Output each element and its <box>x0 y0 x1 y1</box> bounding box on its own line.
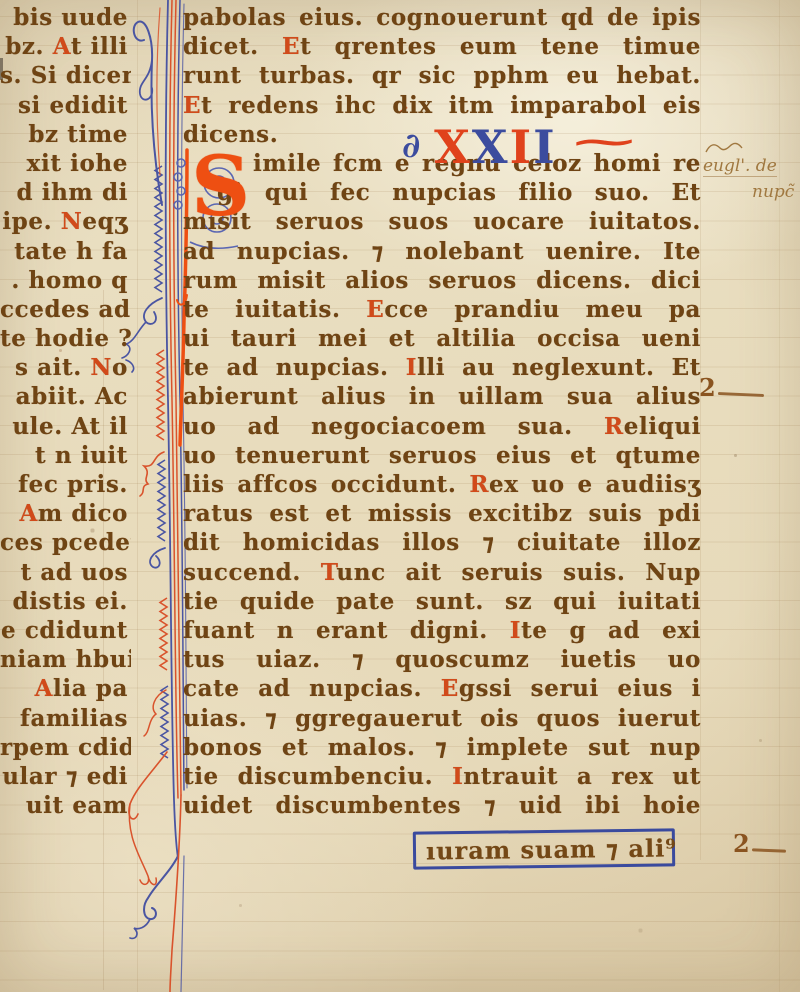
text-line: dit homicidas illos ⁊ ciuitate illoz <box>183 528 701 557</box>
text-segment: tus uiaz. ⁊ quoscumz iuetis uo <box>183 646 701 673</box>
text-segment: ratus est et missis excitibz suis pdi <box>183 500 701 527</box>
text-segment: t qrentes eum tene timue <box>300 33 701 60</box>
chapter-letter: I <box>533 124 557 170</box>
manuscript-page: bis uudebz. At illis. Si dicem9si edidit… <box>0 0 800 992</box>
text-segment: bz. <box>5 33 53 60</box>
text-segment: cate ad nupcias. <box>183 675 441 702</box>
text-line: fec pris. <box>0 470 131 499</box>
text-segment: t redens ihc dix itm imparabol eis <box>201 92 701 119</box>
text-line: s ait. No <box>0 353 131 382</box>
border-sawtooth <box>157 350 164 440</box>
text-line: runt turbas. qr sic pphm eu hebat. <box>183 61 701 90</box>
text-line: distis ei. <box>0 587 131 616</box>
text-segment: uit eam <box>26 792 128 819</box>
text-line: dicet. Et qrentes eum tene timue <box>183 32 701 61</box>
text-line: ule. At il <box>0 412 131 441</box>
text-segment: gssi serui eius i <box>459 675 701 702</box>
text-segment: ex uo e audiisʒ <box>489 471 701 498</box>
text-segment: ntrauit a rex ut <box>463 763 701 790</box>
text-segment: ad nupcias. ⁊ nolebant uenire. Ite <box>183 238 701 265</box>
text-segment: abierunt alius in uillam sua alius <box>183 383 701 410</box>
nota-mark-tail <box>718 391 764 396</box>
nota-mark-tail <box>752 848 786 852</box>
border-sawtooth <box>161 686 168 758</box>
margin-gloss-line2: nupc̃ <box>752 182 794 202</box>
text-line: niam hbuis <box>0 645 131 674</box>
text-line: e cdidunt <box>0 616 131 645</box>
nota-mark-digit: 2 <box>699 378 716 398</box>
text-segment: N <box>90 354 112 381</box>
text-line: te hodie ? <box>0 324 131 353</box>
text-segment: s ait. <box>15 354 90 381</box>
chapter-letter: X <box>472 124 510 170</box>
text-segment: liis affcos occidunt. <box>183 471 469 498</box>
text-segment: . homo q <box>11 267 128 294</box>
text-segment: eqʒ <box>82 208 128 235</box>
text-line: liis affcos occidunt. Rex uo e audiisʒ <box>183 470 701 499</box>
text-segment: ces pcedet <box>0 529 131 556</box>
text-segment: lli au neglexunt. Et <box>417 354 701 381</box>
text-line: Et redens ihc dix itm imparabol eis <box>183 91 701 120</box>
parchment-specks <box>0 0 1 1</box>
text-line: Alia pa <box>0 674 131 703</box>
text-line: bis uude <box>0 3 131 32</box>
chapter-letter: X <box>434 124 472 170</box>
text-segment: ccedes ad <box>0 296 131 323</box>
text-segment: te ad nupcias. <box>183 354 406 381</box>
text-segment: xit iohe <box>27 150 128 177</box>
text-line: familias <box>0 704 131 733</box>
text-segment: uo ad negociacoem sua. <box>183 413 604 440</box>
text-segment: I <box>406 354 417 381</box>
text-line: uo ad negociacoem sua. Reliqui <box>183 412 701 441</box>
text-segment: uidet discumbentes ⁊ uid ibi hoie <box>183 792 701 819</box>
border-sawtooth <box>155 166 162 292</box>
text-segment: s. Si dicem9 <box>0 62 131 89</box>
nota-mark-mid: 2 <box>699 378 764 398</box>
text-segment: ule. At il <box>12 413 128 440</box>
nota-mark-digit: 2 <box>733 834 750 854</box>
text-line: rum misit alios seruos dicens. dici <box>183 266 701 295</box>
text-segment: cce prandiu meu pa <box>384 296 701 323</box>
border-sawtooth <box>158 460 165 541</box>
text-segment: ui tauri mei et altilia occisa ueni <box>183 325 701 352</box>
text-segment: niam hbuis <box>0 646 131 673</box>
text-segment: rpem cdid <box>0 734 131 761</box>
text-segment: R <box>604 413 624 440</box>
chapter-heading: ∂ XXII ~ <box>402 120 595 170</box>
left-text-column: bis uudebz. At illis. Si dicem9si edidit… <box>0 3 131 820</box>
text-segment: fec pris. <box>18 471 128 498</box>
text-line: te iuitatis. Ecce prandiu meu pa <box>183 295 701 324</box>
text-segment: unc ait seruis suis. Nup <box>336 559 701 586</box>
text-segment: te g ad exi <box>521 617 701 644</box>
text-line: ratus est et missis excitibz suis pdi <box>183 499 701 528</box>
text-line: t n iuit <box>0 441 131 470</box>
text-segment: e cdidunt <box>1 617 128 644</box>
text-segment: dicet. <box>183 33 282 60</box>
initial-s: S <box>191 146 250 228</box>
text-line: rpem cdid <box>0 733 131 762</box>
text-line: xit iohe <box>0 149 131 178</box>
text-segment: bis uude <box>13 4 128 31</box>
text-line: si edidit <box>0 91 131 120</box>
text-segment: ular ⁊ edi <box>2 763 128 790</box>
text-line: ular ⁊ edi <box>0 762 131 791</box>
text-segment: abiit. Ac <box>16 383 128 410</box>
text-segment: T <box>321 559 337 586</box>
text-line: bz. At illi <box>0 32 131 61</box>
text-segment: t n iuit <box>35 442 128 469</box>
text-segment: te iuitatis. <box>183 296 366 323</box>
text-line: tie discumbenciu. Intrauit a rex ut <box>183 762 701 791</box>
gloss-squiggle <box>706 143 742 152</box>
text-line: ipe. Neqʒ <box>0 207 131 236</box>
text-segment: E <box>282 33 300 60</box>
text-segment: lia pa <box>53 675 128 702</box>
text-segment: succend. <box>183 559 321 586</box>
text-segment: misit seruos suos uocare iuitatos. <box>183 208 701 235</box>
nota-mark-bottom: 2 <box>733 834 786 854</box>
text-segment: tate h fa <box>14 238 128 265</box>
text-segment: bz time <box>28 121 128 148</box>
text-line: cate ad nupcias. Egssi serui eius i <box>183 674 701 703</box>
text-segment: A <box>35 675 53 702</box>
text-segment: fuant n erant digni. <box>183 617 510 644</box>
text-line: bz time <box>0 120 131 149</box>
border-sawtooth <box>160 598 167 670</box>
text-line: uias. ⁊ ggregauerut ois quos iuerut <box>183 704 701 733</box>
text-segment: t illi <box>71 33 128 60</box>
text-segment: I <box>510 617 521 644</box>
chapter-letter: I <box>510 124 534 170</box>
margin-gloss-line1: eugl'. de <box>703 156 777 177</box>
chapter-flourish: ~ <box>567 122 641 162</box>
text-line: te ad nupcias. Illi au neglexunt. Et <box>183 353 701 382</box>
text-segment: uias. ⁊ ggregauerut ois quos iuerut <box>183 705 701 732</box>
text-line: ces pcedet <box>0 528 131 557</box>
vertical-ruling <box>137 0 138 992</box>
text-line: d ihm di <box>0 178 131 207</box>
text-segment: t ad uos <box>21 559 128 586</box>
text-segment: E <box>441 675 459 702</box>
text-segment: runt turbas. qr sic pphm eu hebat. <box>183 62 701 89</box>
text-segment: m dico <box>38 500 128 527</box>
text-line: tus uiaz. ⁊ quoscumz iuetis uo <box>183 645 701 674</box>
border-sawtooth-group <box>155 166 168 758</box>
text-line: bonos et malos. ⁊ implete sut nup <box>183 733 701 762</box>
text-segment: dit homicidas illos ⁊ ciuitate illoz <box>183 529 701 556</box>
text-segment: ipe. <box>2 208 60 235</box>
text-line: uo tenuerunt seruos eius et qtume <box>183 441 701 470</box>
text-line: gi qui fec nupcias filio suo. Et <box>183 178 701 207</box>
text-line: ui tauri mei et altilia occisa ueni <box>183 324 701 353</box>
text-line: abiit. Ac <box>0 382 131 411</box>
text-segment: te hodie ? <box>0 325 131 352</box>
text-segment: A <box>19 500 37 527</box>
text-segment: E <box>183 92 201 119</box>
text-line: abierunt alius in uillam sua alius <box>183 382 701 411</box>
correction-text: ıuram suam ⁊ ali⁹ <box>426 833 677 865</box>
text-segment: tie quide pate sunt. sz qui iuitati <box>183 588 701 615</box>
text-line: . homo q <box>0 266 131 295</box>
chapter-paraph: ∂ <box>402 126 420 166</box>
text-segment: N <box>61 208 83 235</box>
text-segment: A <box>53 33 71 60</box>
text-segment: familias <box>20 705 128 732</box>
text-line: uit eam <box>0 791 131 820</box>
text-line: succend. Tunc ait seruis suis. Nup <box>183 558 701 587</box>
text-segment: eliqui <box>624 413 701 440</box>
text-line: uidet discumbentes ⁊ uid ibi hoie <box>183 791 701 820</box>
text-line: misit seruos suos uocare iuitatos. <box>183 207 701 236</box>
text-line: s. Si dicem9 <box>0 61 131 90</box>
text-segment: I <box>452 763 463 790</box>
text-segment: si edidit <box>18 92 128 119</box>
border-flourishes <box>122 8 187 992</box>
text-line: ad nupcias. ⁊ nolebant uenire. Ite <box>183 237 701 266</box>
text-segment: o <box>112 354 128 381</box>
text-line: pabolas eius. cognouerunt qd de ipis <box>183 3 701 32</box>
text-segment: bonos et malos. ⁊ implete sut nup <box>183 734 701 761</box>
correction-box: ıuram suam ⁊ ali⁹ <box>413 828 675 869</box>
text-segment: R <box>469 471 489 498</box>
text-segment: distis ei. <box>13 588 128 615</box>
text-line: t ad uos <box>0 558 131 587</box>
text-line: fuant n erant digni. Ite g ad exi <box>183 616 701 645</box>
text-segment: pabolas eius. cognouerunt qd de ipis <box>183 4 701 31</box>
text-segment: tie discumbenciu. <box>183 763 452 790</box>
chapter-letters: XXII <box>434 124 556 170</box>
text-line: tie quide pate sunt. sz qui iuitati <box>183 587 701 616</box>
text-line: Am dico <box>0 499 131 528</box>
text-segment: rum misit alios seruos dicens. dici <box>183 267 701 294</box>
text-segment: uo tenuerunt seruos eius et qtume <box>183 442 701 469</box>
text-segment: d ihm di <box>16 179 128 206</box>
text-segment: E <box>366 296 384 323</box>
text-line: ccedes ad <box>0 295 131 324</box>
text-line: tate h fa <box>0 237 131 266</box>
text-segment: gi qui fec nupcias filio suo. Et <box>217 179 701 206</box>
